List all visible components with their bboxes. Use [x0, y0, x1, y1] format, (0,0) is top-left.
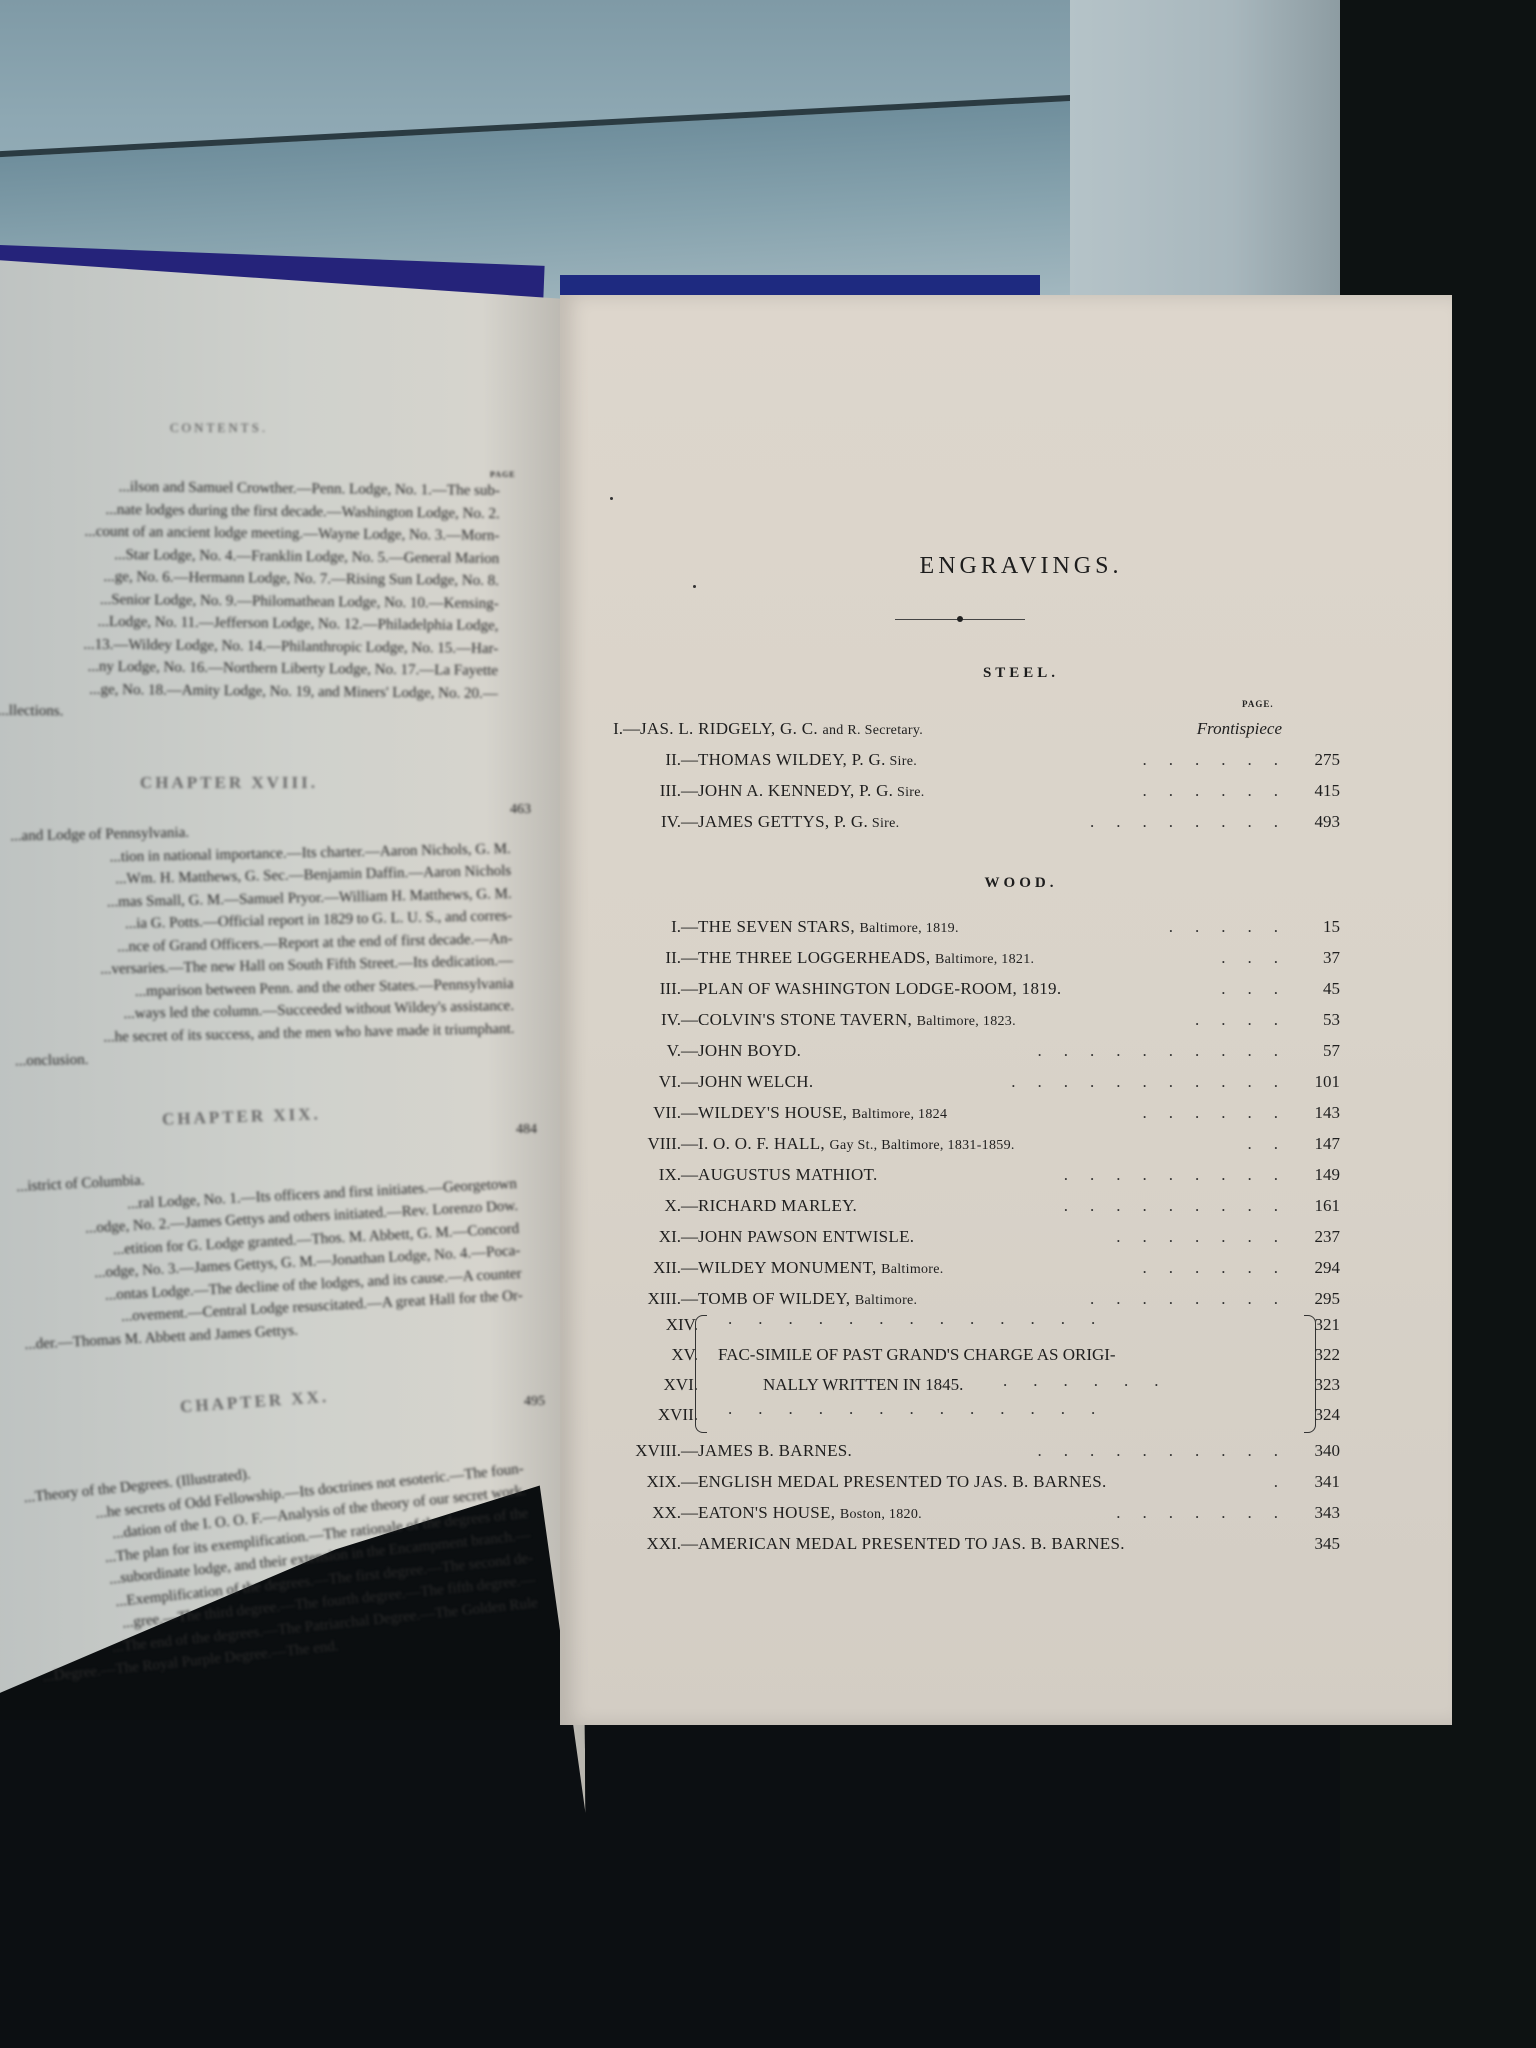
- entry-number: V.—: [667, 1041, 698, 1061]
- entry-title: JOHN WELCH.: [698, 1072, 813, 1092]
- entry-title: JOHN A. KENNEDY, P. G. Sire.: [698, 781, 925, 801]
- entry-page: 341: [1315, 1472, 1341, 1492]
- background-post: [1070, 0, 1340, 300]
- section-heading-wood: WOOD.: [560, 875, 1452, 892]
- entry-number: II.—: [665, 750, 698, 770]
- list-item: IX.— AUGUSTUS MATHIOT. ......... 149: [618, 1165, 1340, 1195]
- leader-dots: .......: [1116, 1227, 1300, 1247]
- entry-number: VI.—: [659, 1072, 698, 1092]
- leader-dots: ......: [1003, 1371, 1185, 1391]
- entry-page: 323: [1315, 1375, 1341, 1395]
- leader-dots: .............: [728, 1399, 1121, 1419]
- left-brace: [695, 1315, 707, 1433]
- contents-block-chapter-xviii: ...and Lodge of Pennsylvania. ...tion in…: [10, 815, 515, 1073]
- contents-block-chapter-xx: ...Theory of the Degrees. (Illustrated).…: [23, 1435, 541, 1689]
- entry-title: JOHN PAWSON ENTWISLE.: [698, 1227, 914, 1247]
- entry-title: COLVIN'S STONE TAVERN, Baltimore, 1823.: [698, 1010, 1016, 1030]
- entry-title-line: NALLY WRITTEN IN 1845.: [763, 1375, 963, 1395]
- list-item: I.— JAS. L. RIDGELY, G. C. and R. Secret…: [560, 719, 1282, 749]
- entry-page: 149: [1315, 1165, 1341, 1185]
- entry-title: EATON'S HOUSE, Boston, 1820.: [698, 1503, 922, 1523]
- entry-page: 345: [1315, 1534, 1341, 1554]
- leader-dots: ......: [1143, 781, 1301, 801]
- entry-page: 340: [1315, 1441, 1341, 1461]
- entry-title: JOHN BOYD.: [698, 1041, 801, 1061]
- entry-number: I.—: [613, 719, 640, 739]
- entry-title-line: FAC-SIMILE OF PAST GRAND'S CHARGE AS ORI…: [718, 1345, 1116, 1365]
- list-item: VI.— JOHN WELCH. ........... 101: [618, 1072, 1340, 1102]
- leader-dots: .........: [1064, 1165, 1300, 1185]
- list-item: VIII.— I. O. O. F. HALL, Gay St., Baltim…: [618, 1134, 1340, 1164]
- list-item: XII.— WILDEY MONUMENT, Baltimore. ......…: [618, 1258, 1340, 1288]
- leader-dots: ..: [1248, 1134, 1301, 1154]
- entry-title: RICHARD MARLEY.: [698, 1196, 857, 1216]
- leader-dots: ...: [1221, 979, 1300, 999]
- leader-dots: .........: [1064, 1196, 1300, 1216]
- list-item: XIX.— ENGLISH MEDAL PRESENTED TO JAS. B.…: [618, 1472, 1340, 1502]
- list-item: XXI.— AMERICAN MEDAL PRESENTED TO JAS. B…: [618, 1534, 1340, 1564]
- entry-number: XVII.: [658, 1405, 698, 1425]
- entry-title: AUGUSTUS MATHIOT.: [698, 1165, 878, 1185]
- entry-number: VII.—: [653, 1103, 698, 1123]
- chapter-page-number: 463: [510, 802, 531, 818]
- book-cover-edge-right: [560, 275, 1040, 297]
- list-item: III.— PLAN OF WASHINGTON LODGE-ROOM, 181…: [618, 979, 1340, 1009]
- leader-dots: ......: [1143, 750, 1301, 770]
- leader-dots: ........: [1090, 1289, 1300, 1309]
- running-head: CONTENTS.: [170, 420, 268, 436]
- entry-number: III.—: [660, 781, 698, 801]
- chapter-page-number: 495: [524, 1394, 545, 1410]
- entry-page: 294: [1315, 1258, 1341, 1278]
- list-item: V.— JOHN BOYD. .......... 57: [618, 1041, 1340, 1071]
- entry-number: III.—: [660, 979, 698, 999]
- entry-title: JAMES GETTYS, P. G. Sire.: [698, 812, 899, 832]
- leader-dots: ........: [1090, 812, 1300, 832]
- list-item: IV.— JAMES GETTYS, P. G. Sire. ........ …: [618, 812, 1340, 842]
- entry-number: XIV.: [666, 1315, 698, 1335]
- entry-number: XIX.—: [647, 1472, 698, 1492]
- entry-title: THE THREE LOGGERHEADS, Baltimore, 1821.: [698, 948, 1034, 968]
- entry-page: Frontispiece: [1197, 719, 1282, 739]
- list-item: I.— THE SEVEN STARS, Baltimore, 1819. ..…: [618, 917, 1340, 947]
- entry-number: IV.—: [661, 1010, 698, 1030]
- entry-title: JAMES B. BARNES.: [698, 1441, 852, 1461]
- grouped-entry-facsimile: XIV. XV. XVI. XVII. ............. FAC-SI…: [618, 1313, 1340, 1437]
- entry-number: XXI.—: [647, 1534, 698, 1554]
- entry-page: 37: [1323, 948, 1340, 968]
- leader-dots: .............: [728, 1309, 1121, 1329]
- entry-number: XV.: [671, 1345, 698, 1365]
- leader-dots: .......: [1116, 1503, 1300, 1523]
- entry-number: II.—: [665, 948, 698, 968]
- entry-number: IX.—: [659, 1165, 698, 1185]
- page-column-label: PAGE: [490, 470, 516, 479]
- entry-number: XX.—: [652, 1503, 698, 1523]
- entry-number: XIII.—: [647, 1289, 698, 1309]
- chapter-heading-xviii: CHAPTER XVIII.: [140, 773, 318, 793]
- entry-title: TOMB OF WILDEY, Baltimore.: [698, 1289, 917, 1309]
- entry-page: 101: [1315, 1072, 1341, 1092]
- leader-dots: ....: [1195, 1010, 1300, 1030]
- chapter-page-number: 484: [516, 1122, 537, 1138]
- list-item: II.— THE THREE LOGGERHEADS, Baltimore, 1…: [618, 948, 1340, 978]
- list-item: XX.— EATON'S HOUSE, Boston, 1820. ......…: [618, 1503, 1340, 1533]
- left-page-text: CONTENTS. PAGE ...ilson and Samuel Crowt…: [0, 0, 540, 1700]
- leader-dots: ......: [1143, 1258, 1301, 1278]
- entry-title: PLAN OF WASHINGTON LODGE-ROOM, 1819.: [698, 979, 1061, 999]
- entry-page: 147: [1315, 1134, 1341, 1154]
- entry-title: WILDEY MONUMENT, Baltimore.: [698, 1258, 944, 1278]
- entry-number: X.—: [664, 1196, 698, 1216]
- entry-page: 322: [1315, 1345, 1341, 1365]
- entry-title: WILDEY'S HOUSE, Baltimore, 1824: [698, 1103, 947, 1123]
- list-item: XVIII.— JAMES B. BARNES. .......... 340: [618, 1441, 1340, 1471]
- entry-number: VIII.—: [647, 1134, 698, 1154]
- entry-title: AMERICAN MEDAL PRESENTED TO JAS. B. BARN…: [698, 1534, 1125, 1554]
- entry-title: ENGLISH MEDAL PRESENTED TO JAS. B. BARNE…: [698, 1472, 1107, 1492]
- entry-page: 493: [1315, 812, 1341, 832]
- entry-page: 143: [1315, 1103, 1341, 1123]
- chapter-heading-xix: CHAPTER XIX.: [162, 1104, 321, 1130]
- entry-title: THE SEVEN STARS, Baltimore, 1819.: [698, 917, 959, 937]
- entry-page: 45: [1323, 979, 1340, 999]
- entry-page: 295: [1315, 1289, 1341, 1309]
- entry-number: XVIII.—: [635, 1441, 698, 1461]
- entry-page: 324: [1315, 1405, 1341, 1425]
- entry-number: XVI.: [664, 1375, 698, 1395]
- list-item: XI.— JOHN PAWSON ENTWISLE. ....... 237: [618, 1227, 1340, 1257]
- entry-page: 57: [1323, 1041, 1340, 1061]
- entry-page: 15: [1323, 917, 1340, 937]
- leader-dots: ...: [1221, 948, 1300, 968]
- leader-dots: ...........: [1011, 1072, 1300, 1092]
- entry-number: I.—: [671, 917, 698, 937]
- right-page-engravings: ENGRAVINGS. STEEL. PAGE. I.— JAS. L. RID…: [560, 295, 1452, 1725]
- list-item: IV.— COLVIN'S STONE TAVERN, Baltimore, 1…: [618, 1010, 1340, 1040]
- list-item: VII.— WILDEY'S HOUSE, Baltimore, 1824 ..…: [618, 1103, 1340, 1133]
- entry-page: 415: [1315, 781, 1341, 801]
- entry-page: 53: [1323, 1010, 1340, 1030]
- list-item: II.— THOMAS WILDEY, P. G. Sire. ...... 2…: [618, 750, 1340, 780]
- list-item: III.— JOHN A. KENNEDY, P. G. Sire. .....…: [618, 781, 1340, 811]
- contents-block-lodges: ...ilson and Samuel Crowther.—Penn. Lodg…: [0, 475, 500, 728]
- leader-dots: ......: [1143, 1103, 1301, 1123]
- entry-title: I. O. O. F. HALL, Gay St., Baltimore, 18…: [698, 1134, 1015, 1154]
- entry-page: 161: [1315, 1196, 1341, 1216]
- leader-dots: ..........: [1038, 1441, 1301, 1461]
- entry-page: 237: [1315, 1227, 1341, 1247]
- entry-title: THOMAS WILDEY, P. G. Sire.: [698, 750, 917, 770]
- leader-dots: ..........: [1038, 1041, 1301, 1061]
- entry-page: 343: [1315, 1503, 1341, 1523]
- entry-number: XII.—: [653, 1258, 698, 1278]
- entry-title: JAS. L. RIDGELY, G. C. and R. Secretary.: [640, 719, 923, 739]
- list-item: X.— RICHARD MARLEY. ......... 161: [618, 1196, 1340, 1226]
- contents-block-chapter-xix: ...istrict of Columbia. ...ral Lodge, No…: [16, 1150, 525, 1356]
- entry-page: 275: [1315, 750, 1341, 770]
- background-cloth: [0, 1720, 1340, 2048]
- entry-number: IV.—: [661, 812, 698, 832]
- entry-number: XI.—: [659, 1227, 698, 1247]
- leader-dots: .....: [1169, 917, 1300, 937]
- chapter-heading-xx: CHAPTER XX.: [179, 1387, 329, 1417]
- entry-page: 321: [1315, 1315, 1341, 1335]
- leader-dots: .: [1274, 1472, 1300, 1492]
